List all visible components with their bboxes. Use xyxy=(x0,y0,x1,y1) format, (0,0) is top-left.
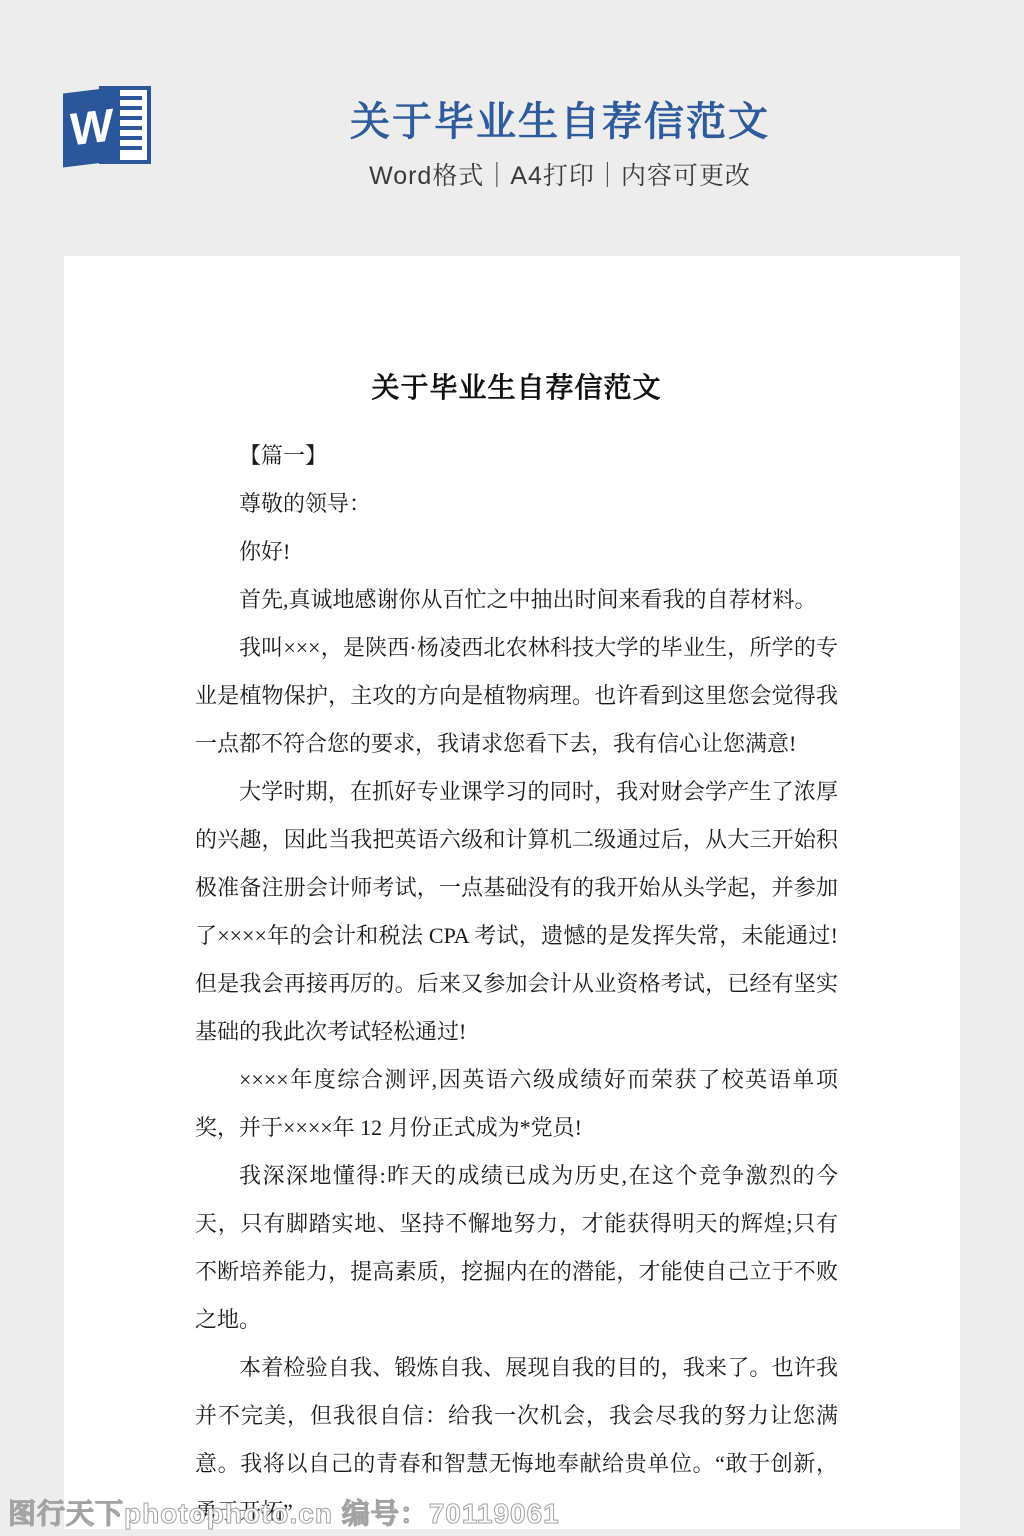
document-body: 【篇一】 尊敬的领导： 你好! 首先,真诚地感谢你从百忙之中抽出时间来看我的自荐… xyxy=(195,432,838,1529)
word-icon-w-block: W xyxy=(63,87,120,168)
document-paragraph: 尊敬的领导： xyxy=(195,480,838,528)
header-subtitle: Word格式｜A4打印｜内容可更改 xyxy=(160,156,960,192)
word-icon: W xyxy=(63,83,155,171)
document-paragraph: 【篇一】 xyxy=(195,432,838,480)
header-title: 关于毕业生自荐信范文 xyxy=(160,90,960,147)
document-paragraph: ××××年度综合测评,因英语六级成绩好而荣获了校英语单项奖，并于××××年 12… xyxy=(195,1056,838,1152)
document-paragraph: 大学时期，在抓好专业课学习的同时，我对财会学产生了浓厚的兴趣，因此当我把英语六级… xyxy=(195,768,838,1056)
document-title: 关于毕业生自荐信范文 xyxy=(195,365,838,413)
document-paragraph: 首先,真诚地感谢你从百忙之中抽出时间来看我的自荐材料。 xyxy=(195,576,838,624)
watermark-text: 图行天下photophoto.cn 编号：70119061 xyxy=(8,1492,560,1532)
word-icon-letter: W xyxy=(70,101,113,152)
document-paragraph: 我深深地懂得:昨天的成绩已成为历史,在这个竞争激烈的今天，只有脚踏实地、坚持不懈… xyxy=(195,1152,838,1344)
document-page: 关于毕业生自荐信范文 【篇一】 尊敬的领导： 你好! 首先,真诚地感谢你从百忙之… xyxy=(64,256,960,1529)
document-paragraph: 我叫×××，是陕西·杨凌西北农林科技大学的毕业生，所学的专业是植物保护，主攻的方… xyxy=(195,624,838,768)
document-paragraph: 你好! xyxy=(195,528,838,576)
